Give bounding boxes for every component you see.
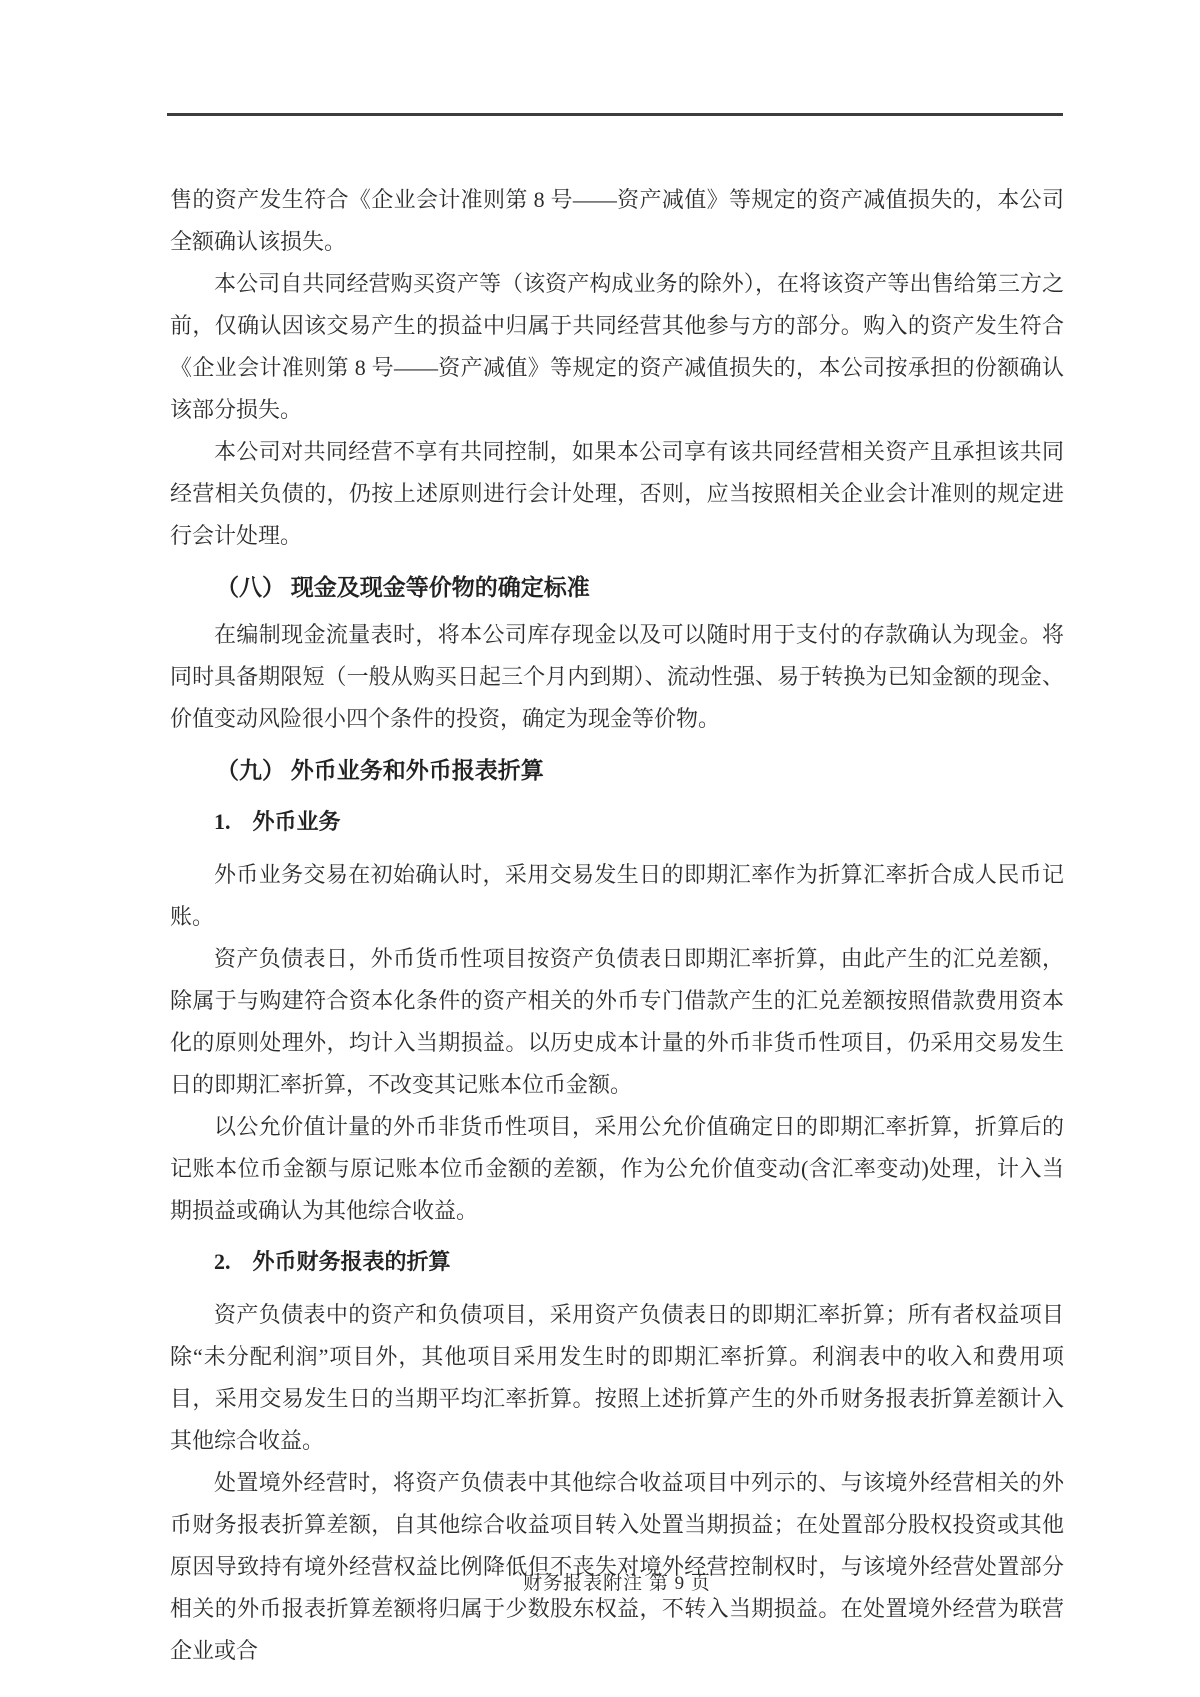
sub-heading-fx-statement-translation: 2. 外币财务报表的折算 — [170, 1241, 1064, 1283]
paragraph-cash-equivalents-criteria: 在编制现金流量表时，将本公司库存现金以及可以随时用于支付的存款确认为现金。将同时… — [170, 614, 1064, 740]
paragraph-fx-fair-value-items: 以公允价值计量的外币非货币性项目，采用公允价值确定日的即期汇率折算，折算后的记账… — [170, 1106, 1064, 1232]
document-body: 售的资产发生符合《企业会计准则第 8 号——资产减值》等规定的资产减值损失的，本… — [170, 179, 1064, 1672]
paragraph-fx-balance-sheet-date: 资产负债表日，外币货币性项目按资产负债表日即期汇率折算，由此产生的汇兑差额，除属… — [170, 938, 1064, 1106]
paragraph-asset-impairment-continuation: 售的资产发生符合《企业会计准则第 8 号——资产减值》等规定的资产减值损失的，本… — [170, 179, 1064, 263]
document-page: 售的资产发生符合《企业会计准则第 8 号——资产减值》等规定的资产减值损失的，本… — [0, 0, 1200, 1697]
page-footer: 财务报表附注 第 9 页 — [170, 1570, 1064, 1598]
sub-heading-foreign-currency-business: 1. 外币业务 — [170, 801, 1064, 843]
header-divider-line — [167, 113, 1063, 116]
paragraph-joint-operation-purchase: 本公司自共同经营购买资产等（该资产构成业务的除外），在将该资产等出售给第三方之前… — [170, 263, 1064, 431]
paragraph-fx-statement-translation: 资产负债表中的资产和负债项目，采用资产负债表日的即期汇率折算；所有者权益项目除“… — [170, 1294, 1064, 1462]
paragraph-joint-operation-control: 本公司对共同经营不享有共同控制，如果本公司享有该共同经营相关资产且承担该共同经营… — [170, 431, 1064, 557]
section-heading-cash-equivalents: （八） 现金及现金等价物的确定标准 — [170, 567, 1064, 609]
section-heading-foreign-currency: （九） 外币业务和外币报表折算 — [170, 750, 1064, 792]
paragraph-fx-initial-recognition: 外币业务交易在初始确认时，采用交易发生日的即期汇率作为折算汇率折合成人民币记账。 — [170, 854, 1064, 938]
paragraph-fx-disposal-foreign-operation: 处置境外经营时，将资产负债表中其他综合收益项目中列示的、与该境外经营相关的外币财… — [170, 1462, 1064, 1672]
